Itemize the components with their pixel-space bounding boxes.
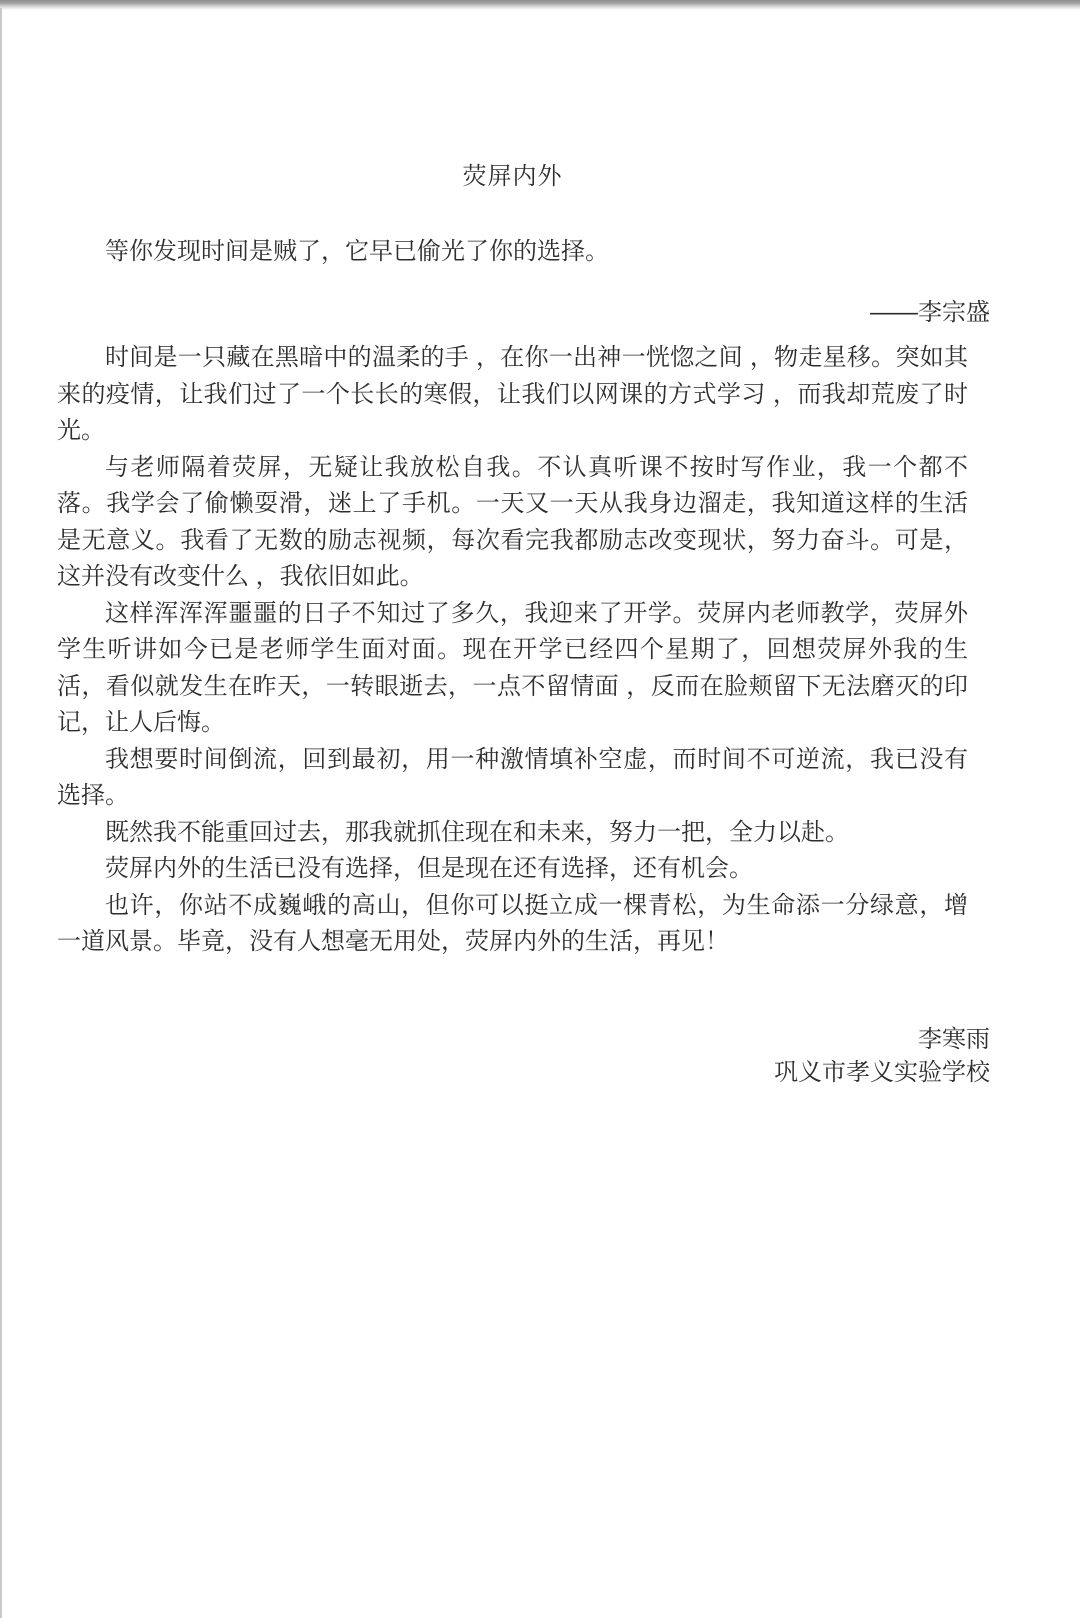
essay-content: 荧屏内外 等你发现时间是贼了，它早已偷光了你的选择。 ——李宗盛 时间是一只藏在… [57,0,968,1089]
paragraph-6: 荧屏内外的生活已没有选择，但是现在还有选择，还有机会。 [57,851,968,888]
paragraph-5: 既然我不能重回过去，那我就抓住现在和未来，努力一把，全力以赴。 [57,815,968,852]
paragraph-3: 这样浑浑浑噩噩的日子不知过了多久，我迎来了开学。荧屏内老师教学，荧屏外学生听讲如… [57,596,968,742]
signature-author: 李寒雨 [57,1023,990,1056]
epigraph-quote: 等你发现时间是贼了，它早已偷光了你的选择。 [57,238,968,266]
paragraph-7: 也许，你站不成巍峨的高山，但你可以挺立成一棵青松，为生命添一分绿意，增一道风景。… [57,888,968,961]
paragraph-4: 我想要时间倒流，回到最初，用一种激情填补空虚，而时间不可逆流，我已没有选择。 [57,742,968,815]
essay-body: 时间是一只藏在黑暗中的温柔的手 ，在你一出神一恍惚之间 ，物走星移。突如其来的疫… [57,340,968,961]
epigraph-attribution: ——李宗盛 [57,299,990,327]
paragraph-2: 与老师隔着荧屏，无疑让我放松自我。不认真听课不按时写作业，我一个都不落。我学会了… [57,450,968,596]
signature-school: 巩义市孝义实验学校 [57,1056,990,1089]
document-page: 荧屏内外 等你发现时间是贼了，它早已偷光了你的选择。 ——李宗盛 时间是一只藏在… [0,0,1080,1618]
page-left-edge [0,8,2,1618]
signature-block: 李寒雨 巩义市孝义实验学校 [57,1023,990,1089]
paragraph-1: 时间是一只藏在黑暗中的温柔的手 ，在你一出神一恍惚之间 ，物走星移。突如其来的疫… [57,340,968,450]
essay-title: 荧屏内外 [57,163,968,191]
